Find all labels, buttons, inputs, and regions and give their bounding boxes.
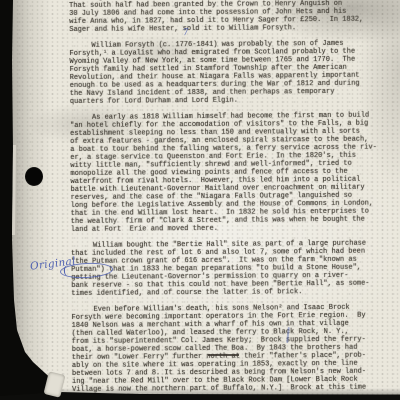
paragraph: Even before William's death, his sons Ne… bbox=[71, 303, 394, 394]
paragraph: the original patent of lot 6 in Bertie T… bbox=[69, 0, 391, 34]
hole-punch bbox=[25, 167, 43, 186]
text-line: Sager and his wife Hester, sold it to Wi… bbox=[69, 23, 391, 34]
text-line: times identified, and of course the latt… bbox=[71, 287, 393, 298]
text-line: Village is now the northern part of Buff… bbox=[72, 383, 394, 394]
scanned-document-page: the original patent of lot 6 in Bertie T… bbox=[0, 0, 400, 400]
paragraph: William Forsyth (c. 1776-1841) was proba… bbox=[69, 39, 391, 106]
paragraph: As early as 1818 William himself had bec… bbox=[70, 111, 393, 234]
underline-the-boa bbox=[208, 354, 239, 356]
text-line: land at Fort Erie and moved there. bbox=[71, 223, 393, 234]
handwritten-footnote-mark: 7 bbox=[183, 28, 190, 38]
text-line: quarters for Lord Durham and Lord Elgin. bbox=[70, 95, 392, 106]
typewritten-text: the original patent of lot 6 in Bertie T… bbox=[69, 0, 394, 400]
paragraph: William bought the "Bertie Hall" site as… bbox=[71, 239, 393, 298]
